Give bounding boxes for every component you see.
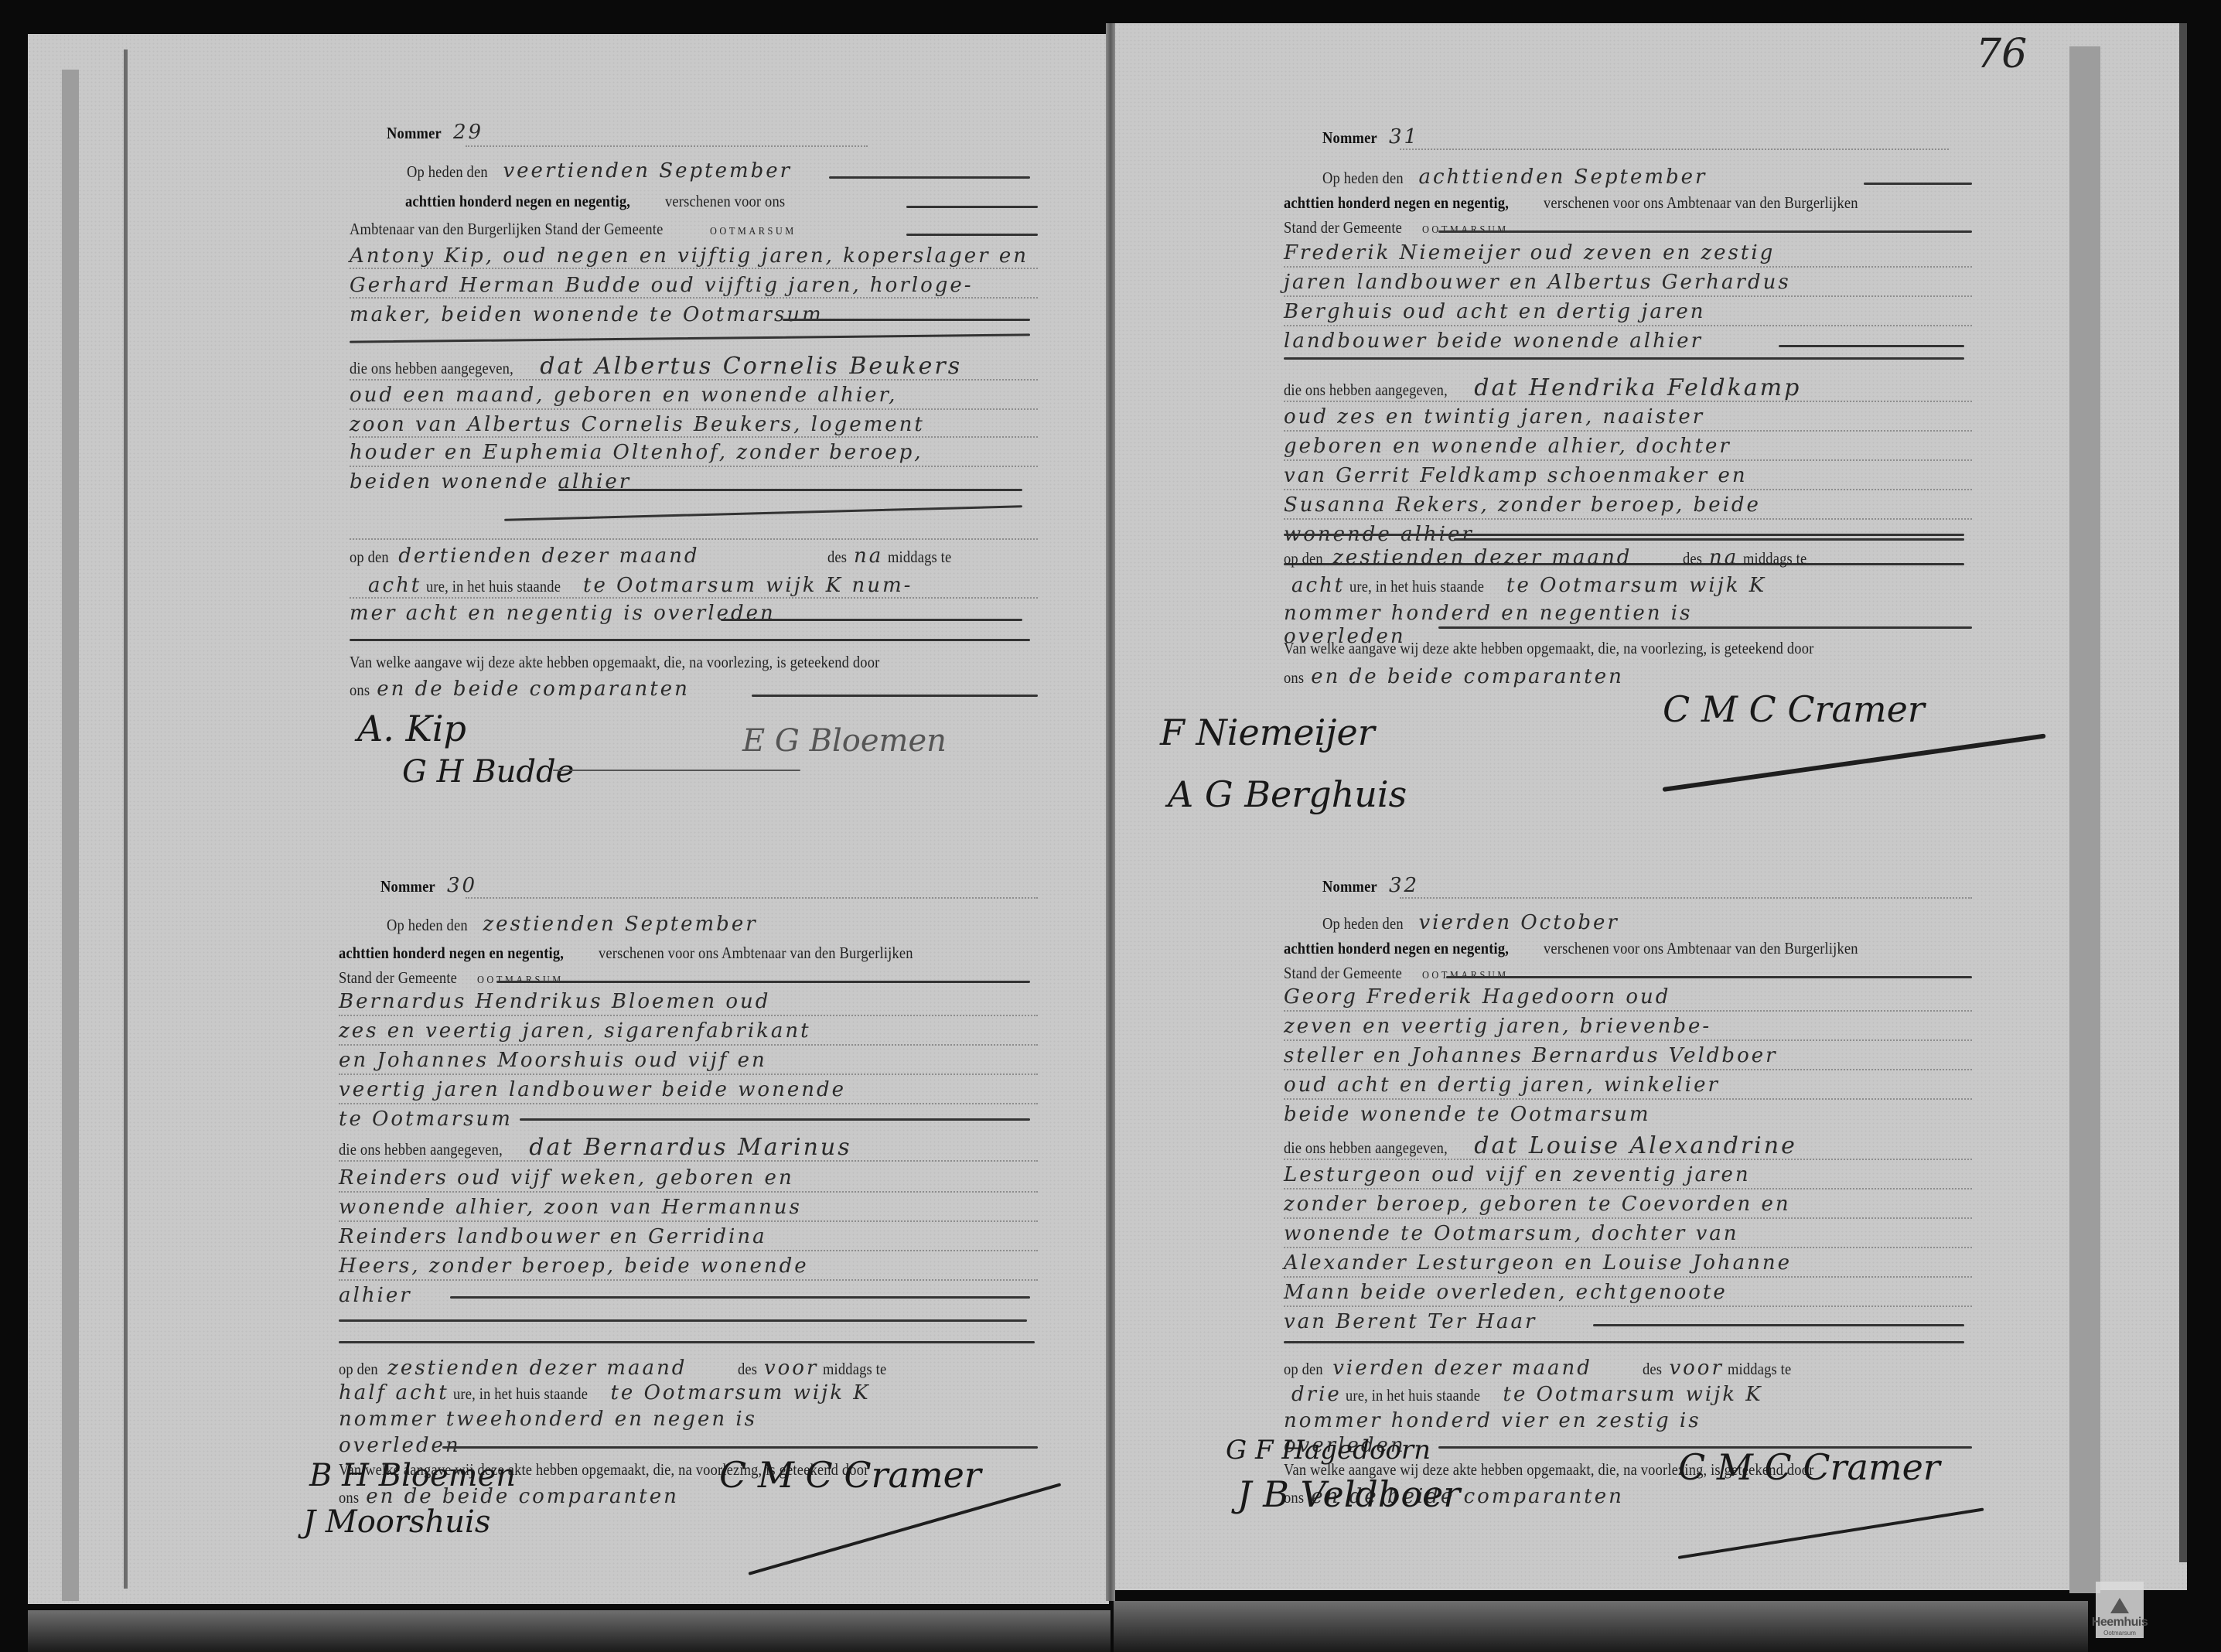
bottom-shadow-right [1114,1601,2088,1652]
signature-officer: C M C Cramer [1663,688,1925,730]
ure-label: ure, in het huis staande [1349,577,1484,596]
die-ons-label: die ons hebben aangegeven, [1284,1138,1448,1158]
deceased-line: houder en Euphemia Oltenhof, zonder bero… [350,441,1038,464]
deceased-line: alhier [339,1284,1038,1307]
signature: G F Hagedoorn [1226,1435,1431,1466]
record-30: Nommer 30 Op heden den zestienden Septem… [350,874,1038,1415]
deceased-line: wonende te Ootmarsum, dochter van [1284,1222,1972,1245]
signature: J Moorshuis [303,1504,490,1540]
nommer-label: Nommer [1322,877,1377,896]
death-day: dertienden dezer maand [398,544,699,568]
deceased-name: dat Albertus Cornelis Beukers [540,353,962,380]
verschenen-label: verschenen voor ons Ambtenaar van den Bu… [599,944,913,963]
des-label: des [1683,549,1702,568]
deceased-line: Mann beide overleden, echtgenoote [1284,1281,1972,1304]
death-address-cont: mer acht en negentig is overleden [350,602,1038,625]
comparant-line: oud acht en dertig jaren, winkelier [1284,1073,1972,1097]
death-hour: acht [1291,574,1345,597]
record-32: Nommer 32 Op heden den vierden October a… [1284,874,1972,1431]
op-den-label: op den [339,1360,378,1379]
bottom-shadow-left [28,1610,1110,1652]
van-welke-label: Van welke aangave wij deze akte hebben o… [1284,639,1813,658]
op-heden-label: Op heden den [1322,169,1404,188]
watermark-sub: Ootmarsum [2103,1629,2136,1638]
signature: G H Budde [402,754,574,790]
comparant-line: Antony Kip, oud negen en vijftig jaren, … [350,244,1038,268]
deceased-line: geboren en wonende alhier, dochter [1284,435,1972,458]
signature-officer: E G Bloemen [742,723,947,759]
signature: B H Bloemen [309,1458,516,1493]
op-heden-label: Op heden den [1322,914,1404,934]
deceased-line: oud zes en twintig jaren, naaister [1284,405,1972,428]
closing-text: en de beide comparanten [1311,665,1624,688]
die-ons-label: die ons hebben aangegeven, [1284,381,1448,400]
comparant-line: Berghuis oud acht en dertig jaren [1284,300,1972,323]
record-29: Nommer 29 Op heden den veertienden Septe… [350,116,1038,704]
die-ons-label: die ons hebben aangegeven, [339,1140,503,1159]
deceased-line: wonende alhier, zoon van Hermannus [339,1196,1038,1219]
comparant-line: Bernardus Hendrikus Bloemen oud [339,990,1038,1013]
comparant-line: veertig jaren landbouwer beide wonende [339,1078,1038,1101]
record-date: zestienden September [483,913,757,936]
left-page-edge [62,70,79,1601]
op-den-label: op den [1284,1360,1323,1379]
nommer-label: Nommer [1322,128,1377,148]
deceased-line: Reinders landbouwer en Gerridina [339,1225,1038,1248]
book-binding [1106,23,1115,1601]
verschenen-label: verschenen voor ons [665,192,785,211]
deceased-name: dat Hendrika Feldkamp [1474,374,1801,401]
comparant-line: maker, beiden wonende te Ootmarsum [350,303,1038,326]
comparant-line: steller en Johannes Bernardus Veldboer [1284,1044,1972,1067]
meridiem: voor [1669,1357,1723,1380]
nommer-label: Nommer [380,877,435,896]
ure-label: ure, in het huis staande [1346,1386,1480,1405]
deceased-line: Lesturgeon oud vijf en zeventig jaren [1284,1163,1972,1186]
deceased-line: Alexander Lesturgeon en Louise Johanne [1284,1251,1972,1275]
stand-label: Stand der Gemeente [1284,218,1402,237]
right-page-edge-line [2179,23,2187,1562]
death-address-cont: nommer tweehonderd en negen is [339,1408,1038,1431]
middags-label: middags te [823,1360,886,1379]
record-number: 32 [1389,874,1419,897]
des-label: des [1643,1360,1662,1379]
ons-label: ons [350,681,370,700]
signature: F Niemeijer [1160,712,1375,753]
closing-text: en de beide comparanten [377,678,690,701]
van-welke-label: Van welke aangave wij deze akte hebben o… [350,653,879,672]
record-31-death: op den zestienden dezer maand des na mid… [1284,534,1972,712]
watermark-name: Heemhuis [2092,1616,2148,1629]
record-number: 31 [1389,125,1419,148]
death-address-cont: nommer honderd vier en zestig is [1284,1409,1972,1432]
house-roof-icon [2110,1598,2129,1613]
death-address-cont: nommer honderd en negentien is [1284,602,1972,625]
year-line: achttien honderd negen en negentig, [1284,193,1509,213]
stand-label: Stand der Gemeente [339,968,457,988]
ure-label: ure, in het huis staande [453,1384,588,1404]
record-date: achttienden September [1418,166,1707,189]
signature: J B Veldboer [1237,1473,1460,1515]
death-address: te Ootmarsum wijk K [610,1381,870,1405]
record-date: vierden October [1418,911,1619,934]
deceased-line: van Gerrit Feldkamp schoenmaker en [1284,464,1972,487]
meridiem: na [854,544,883,568]
death-day: zestienden dezer maand [1332,546,1632,569]
record-number: 29 [453,121,483,144]
signature-officer: C M C Cramer [1678,1446,1940,1488]
middags-label: middags te [888,548,951,567]
middags-label: middags te [1743,549,1806,568]
des-label: des [738,1360,757,1379]
deceased-line: van Berent Ter Haar [1284,1310,1972,1333]
deceased-line: Susanna Rekers, zonder beroep, beide [1284,493,1972,517]
nommer-label: Nommer [387,124,442,143]
signature: A. Kip [357,708,466,749]
death-address: te Ootmarsum wijk K [1506,574,1766,597]
death-hour: drie [1291,1383,1342,1406]
deceased-name: dat Bernardus Marinus [529,1134,851,1161]
death-address: te Ootmarsum wijk K num- [583,574,913,597]
ure-label: ure, in het huis staande [426,577,561,596]
signature: A G Berghuis [1168,773,1407,815]
op-den-label: op den [350,548,389,567]
right-page-edge [2069,46,2100,1593]
death-hour: half acht [339,1381,449,1405]
deceased-line: Heers, zonder beroep, beide wonende [339,1254,1038,1278]
year-line: achttien honderd negen en negentig, [339,944,564,963]
stand-label: Stand der Gemeente [1284,964,1402,983]
death-hour: acht [368,574,421,597]
deceased-line: zoon van Albertus Cornelis Beukers, loge… [350,413,1038,436]
ons-label: ons [1284,668,1304,688]
record-number: 30 [447,874,477,897]
death-day: zestienden dezer maand [387,1357,687,1380]
deceased-line: zonder beroep, geboren te Coevorden en [1284,1193,1972,1216]
middags-label: middags te [1728,1360,1791,1379]
die-ons-label: die ons hebben aangegeven, [350,359,513,378]
deceased-line: Reinders oud vijf weken, geboren en [339,1166,1038,1190]
meridiem: na [1709,546,1738,569]
verschenen-label: verschenen voor ons Ambtenaar van den Bu… [1544,193,1858,213]
comparant-line: zes en veertig jaren, sigarenfabrikant [339,1019,1038,1043]
left-page-edge-line [124,49,128,1589]
page-number: 76 [1976,31,2027,77]
comparant-line: landbouwer beide wonende alhier [1284,329,1972,353]
comparant-line: Georg Frederik Hagedoorn oud [1284,985,1972,1009]
meridiem: voor [764,1357,818,1380]
deceased-name: dat Louise Alexandrine [1474,1132,1797,1159]
comparant-line: en Johannes Moorshuis oud vijf en [339,1049,1038,1072]
year-line: achttien honderd negen en negentig, [1284,939,1509,958]
verschenen-label: verschenen voor ons Ambtenaar van den Bu… [1544,939,1858,958]
year-line: achttien honderd negen en negentig, [405,192,630,211]
comparant-line: jaren landbouwer en Albertus Gerhardus [1284,271,1972,294]
op-den-label: op den [1284,549,1323,568]
op-heden-label: Op heden den [407,162,488,182]
record-date: veertienden September [503,159,792,183]
signature-officer: C M C Cramer [719,1454,981,1496]
des-label: des [827,548,847,567]
comparant-line: Gerhard Herman Budde oud vijftig jaren, … [350,274,1038,297]
death-day: vierden dezer maand [1332,1357,1592,1380]
op-heden-label: Op heden den [387,916,468,935]
comparant-line: Frederik Niemeijer oud zeven en zestig [1284,241,1972,265]
deceased-line: oud een maand, geboren en wonende alhier… [350,384,1038,407]
comparant-line: zeven en veertig jaren, brievenbe- [1284,1015,1972,1038]
comparant-line: beide wonende te Ootmarsum [1284,1103,1972,1126]
municipality: OOTMARSUM [710,226,797,238]
ambtenaar-label: Ambtenaar van den Burgerlijken Stand der… [350,220,663,239]
heemhuis-watermark: Heemhuis Ootmarsum [2096,1582,2144,1638]
death-address: te Ootmarsum wijk K [1503,1383,1763,1406]
